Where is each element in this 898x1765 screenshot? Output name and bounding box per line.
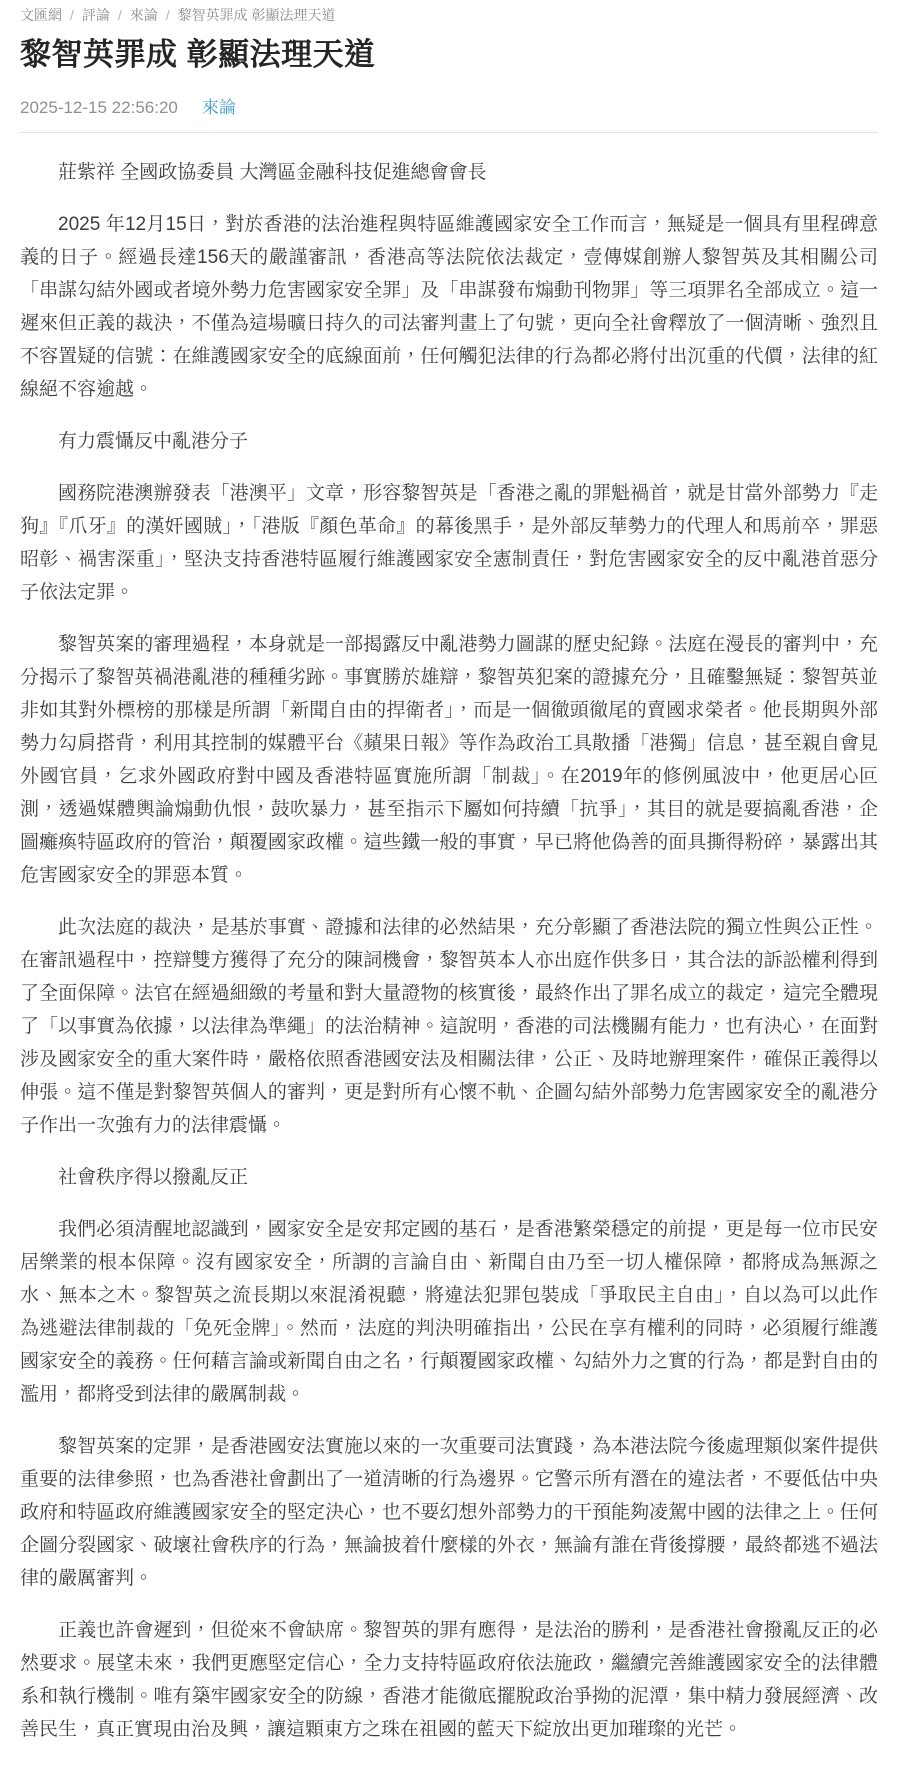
section-heading: 社會秩序得以撥亂反正: [20, 1161, 878, 1194]
article-body: 莊紫祥 全國政協委員 大灣區金融科技促進總會會長 2025 年12月15日，對於…: [20, 156, 878, 1746]
paragraph: 黎智英案的審理過程，本身就是一部揭露反中亂港勢力圖謀的歷史紀錄。法庭在漫長的審判…: [20, 628, 878, 892]
paragraph: 2025 年12月15日，對於香港的法治進程與特區維護國家安全工作而言，無疑是一…: [20, 208, 878, 406]
page-title: 黎智英罪成 彰顯法理天道: [20, 36, 878, 74]
breadcrumb-item-laipun[interactable]: 來論: [130, 7, 158, 24]
breadcrumb-separator: /: [70, 7, 74, 24]
paragraph: 我們必須清醒地認識到，國家安全是安邦定國的基石，是香港繁榮穩定的前提，更是每一位…: [20, 1213, 878, 1411]
section-heading: 有力震懾反中亂港分子: [20, 425, 878, 458]
paragraph: 國務院港澳辦發表「港澳平」文章，形容黎智英是「香港之亂的罪魁禍首，就是甘當外部勢…: [20, 477, 878, 609]
category-link[interactable]: 來論: [202, 98, 236, 118]
breadcrumb-item-home[interactable]: 文匯網: [20, 7, 62, 24]
paragraph: 黎智英案的定罪，是香港國安法實施以來的一次重要司法實踐，為本港法院今後處理類似案…: [20, 1430, 878, 1595]
paragraph: 正義也許會遲到，但從來不會缺席。黎智英的罪有應得，是法治的勝利，是香港社會撥亂反…: [20, 1614, 878, 1746]
article-page: 文匯網 / 評論 / 來論 / 黎智英罪成 彰顯法理天道 黎智英罪成 彰顯法理天…: [0, 0, 898, 1746]
breadcrumb-item-comment[interactable]: 評論: [82, 7, 110, 24]
breadcrumb: 文匯網 / 評論 / 來論 / 黎智英罪成 彰顯法理天道: [20, 0, 878, 24]
breadcrumb-separator: /: [118, 7, 122, 24]
article-meta: 2025-12-15 22:56:20 來論: [20, 98, 878, 118]
breadcrumb-item-current: 黎智英罪成 彰顯法理天道: [178, 7, 336, 24]
breadcrumb-separator: /: [166, 7, 170, 24]
divider: [20, 132, 878, 133]
publish-date: 2025-12-15 22:56:20: [20, 98, 178, 118]
author-line: 莊紫祥 全國政協委員 大灣區金融科技促進總會會長: [20, 156, 878, 189]
paragraph: 此次法庭的裁決，是基於事實、證據和法律的必然結果，充分彰顯了香港法院的獨立性與公…: [20, 911, 878, 1142]
